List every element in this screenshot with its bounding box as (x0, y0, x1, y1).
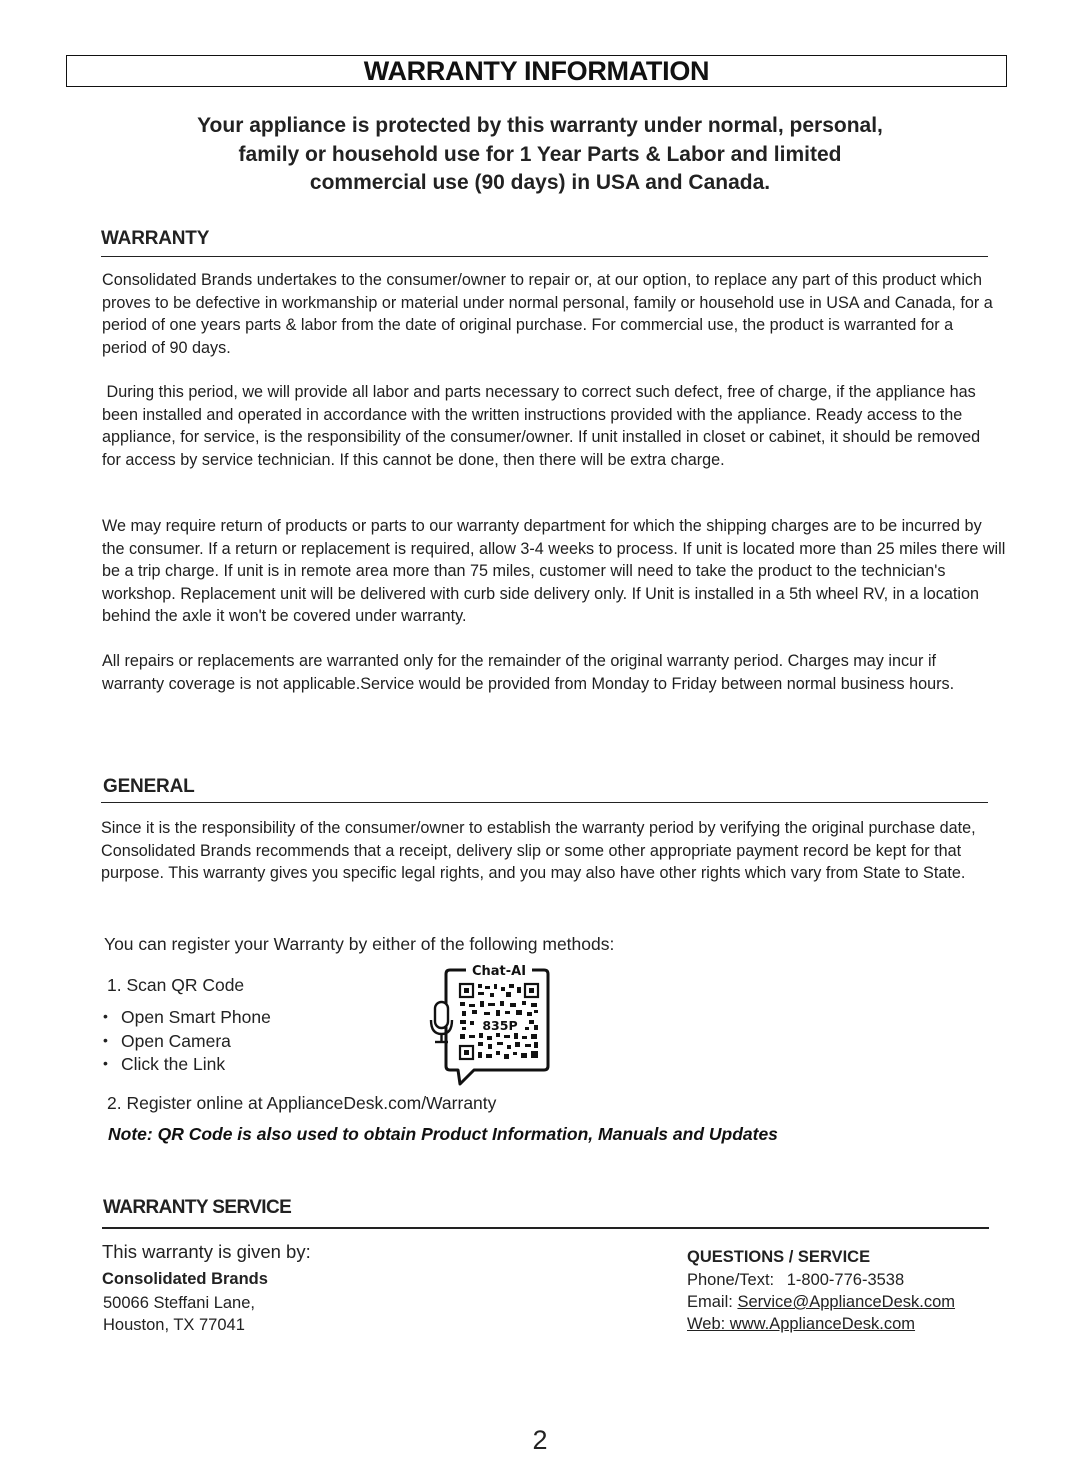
general-paragraph: Since it is the responsibility of the co… (101, 817, 1001, 885)
warranty-paragraph-1: Consolidated Brands undertakes to the co… (102, 269, 1002, 359)
email-line: Email: Service@ApplianceDesk.com (687, 1291, 955, 1314)
warranty-service-divider (102, 1227, 989, 1229)
qr-label: Chat-AI (472, 964, 526, 979)
qr-code-id: 835P (482, 1018, 517, 1033)
qr-step: Click the Link (103, 1053, 271, 1077)
intro-line: family or household use for 1 Year Parts… (100, 141, 980, 170)
phone-label: Phone/Text: (687, 1271, 774, 1289)
phone-number[interactable]: 1-800-776-3538 (787, 1271, 904, 1289)
qr-chat-bubble-graphic: Chat-AI 835P (428, 960, 554, 1088)
qr-code[interactable]: Chat-AI 835P (428, 960, 554, 1088)
email-link[interactable]: Service@ApplianceDesk.com (737, 1293, 955, 1311)
email-label: Email: (687, 1293, 733, 1311)
given-by-label: This warranty is given by: (102, 1241, 311, 1263)
address-line-1: 50066 Steffani Lane, (103, 1292, 255, 1315)
phone-line: Phone/Text: 1-800-776-3538 (687, 1269, 904, 1292)
intro-line: Your appliance is protected by this warr… (100, 112, 980, 141)
warranty-paragraph-3: We may require return of products or par… (102, 515, 1007, 628)
general-heading: GENERAL (103, 776, 195, 798)
page-title-box: WARRANTY INFORMATION (66, 55, 1007, 87)
warranty-service-heading: WARRANTY SERVICE (103, 1197, 291, 1219)
qr-steps-list: Open Smart Phone Open Camera Click the L… (103, 1006, 271, 1077)
page-title: WARRANTY INFORMATION (364, 56, 709, 87)
intro-line: commercial use (90 days) in USA and Cana… (100, 169, 980, 198)
warranty-paragraph-2: During this period, we will provide all … (102, 381, 1002, 471)
register-intro: You can register your Warranty by either… (104, 934, 614, 955)
general-divider (101, 802, 988, 803)
method-scan-qr: 1. Scan QR Code (107, 975, 244, 996)
microphone-icon (431, 1002, 452, 1042)
company-name: Consolidated Brands (102, 1268, 268, 1291)
qr-note: Note: QR Code is also used to obtain Pro… (108, 1124, 778, 1145)
questions-service-heading: QUESTIONS / SERVICE (687, 1246, 870, 1269)
qr-step: Open Camera (103, 1030, 271, 1054)
qr-step: Open Smart Phone (103, 1006, 271, 1030)
page-number: 2 (0, 1425, 1080, 1456)
warranty-divider (101, 256, 988, 257)
warranty-heading: WARRANTY (101, 228, 209, 250)
website-link[interactable]: Web: www.ApplianceDesk.com (687, 1313, 915, 1336)
method-register-online: 2. Register online at ApplianceDesk.com/… (107, 1093, 496, 1114)
warranty-paragraph-4: All repairs or replacements are warrante… (102, 650, 1002, 695)
intro-statement: Your appliance is protected by this warr… (100, 112, 980, 198)
address-line-2: Houston, TX 77041 (103, 1314, 245, 1337)
